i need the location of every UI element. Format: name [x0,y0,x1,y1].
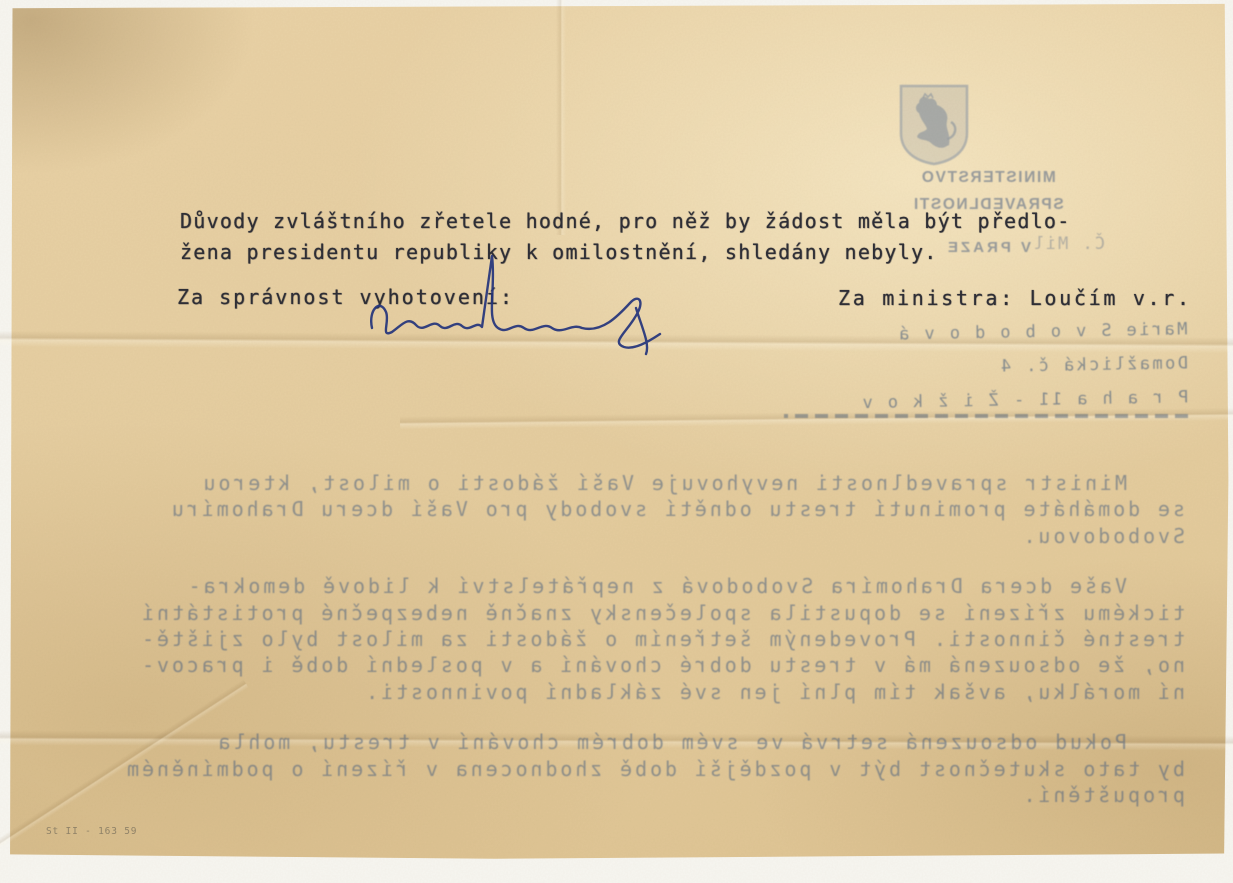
paragraph-decision: Ministr spravedlnosti nevyhovuje Vaší žá… [45,470,1185,549]
printer-code: St II - 163 59 [46,826,137,837]
address-underline [784,414,1188,418]
paragraph-reasoning: Vaše dcera Drahomíra Svobodová z nepřáte… [45,573,1185,705]
handwritten-signature [280,248,680,368]
minister-signature-line: Za ministra: Loučím v.r. [838,286,1192,310]
recipient-address: Marie S v o b o d o v á Domažlická č. 4 … [767,312,1189,421]
bleedthrough-layer: MINISTERSTVO SPRAVEDLNOSTI V PRAZE Č. Mi… [0,0,1233,883]
czech-lion-crest-icon [897,64,971,148]
letter-body-bleedthrough: Ministr spravedlnosti nevyhovuje Vaší žá… [45,446,1185,832]
paragraph-conditional: Pokud odsouzená setrvá ve svém dobrém ch… [45,729,1185,808]
